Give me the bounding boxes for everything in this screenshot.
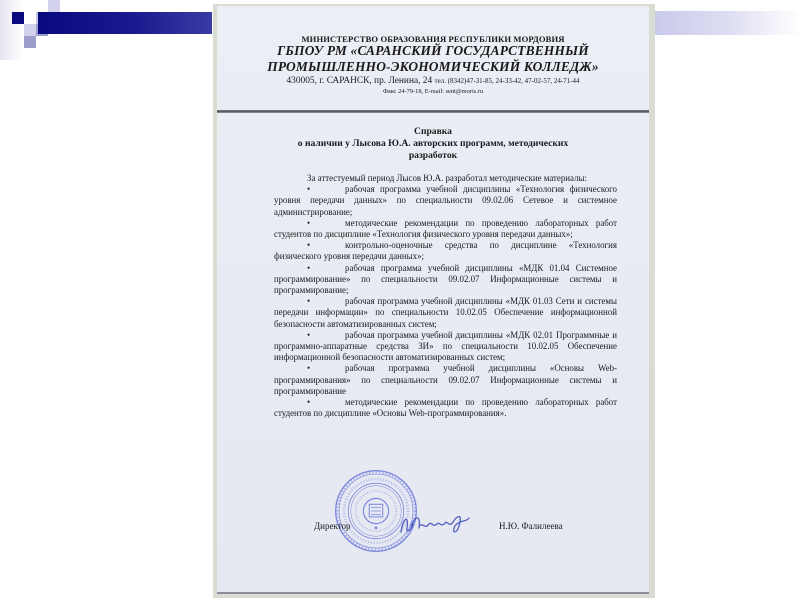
org-name-line2: ПРОМЫШЛЕННО-ЭКОНОМИЧЕСКИЙ КОЛЛЕДЖ» — [217, 59, 649, 75]
list-item: •методические рекомендации по проведению… — [274, 218, 617, 240]
org-name-line1: ГБПОУ РМ «САРАНСКИЙ ГОСУДАРСТВЕННЫЙ — [217, 43, 649, 59]
bullet-icon: • — [307, 263, 345, 274]
list-item: •рабочая программа учебной дисциплины «М… — [274, 263, 617, 297]
phone-numbers: тел. (8342)47-31-85, 24-33-42, 47-02-57,… — [435, 77, 580, 85]
document-title: Справка — [217, 126, 649, 137]
list-item: •рабочая программа учебной дисциплины «Т… — [274, 184, 617, 218]
bullet-icon: • — [307, 218, 345, 229]
decor-square — [48, 0, 60, 12]
decor-bar-right — [652, 11, 800, 35]
intro-paragraph: За аттестуемый период Лысов Ю.А. разрабо… — [274, 173, 617, 184]
bullet-icon: • — [307, 184, 345, 195]
bullet-icon: • — [307, 330, 345, 341]
bullet-icon: • — [307, 363, 345, 374]
decor-square — [24, 24, 36, 36]
decor-square — [12, 12, 24, 24]
address-text: 430005, г. САРАНСК, пр. Ленина, 24 — [286, 76, 432, 86]
document-subtitle-line2: разработок — [217, 150, 649, 161]
document-body: За аттестуемый период Лысов Ю.А. разрабо… — [274, 173, 617, 419]
handwritten-signature-icon — [397, 508, 473, 540]
bullet-icon: • — [307, 397, 345, 408]
list-item: •методические рекомендации по проведению… — [274, 397, 617, 419]
org-address: 430005, г. САРАНСК, пр. Ленина, 24 тел. … — [217, 76, 649, 86]
list-item: •рабочая программа учебной дисциплины «М… — [274, 296, 617, 330]
bullet-icon: • — [307, 296, 345, 307]
header-divider — [217, 110, 649, 113]
bullet-icon: • — [307, 240, 345, 251]
scanned-document: МИНИСТЕРСТВО ОБРАЗОВАНИЯ РЕСПУБЛИКИ МОРД… — [217, 6, 649, 594]
materials-list: •рабочая программа учебной дисциплины «Т… — [274, 184, 617, 419]
decor-bar-left — [38, 12, 212, 34]
list-item: •контрольно-оценочные средства по дисцип… — [274, 240, 617, 262]
signatory-name: Н.Ю. Фалилеева — [499, 521, 563, 531]
document-subtitle-line1: о наличии у Лысова Ю.А. авторских програ… — [217, 138, 649, 149]
list-item: •рабочая программа учебной дисциплины «М… — [274, 330, 617, 364]
decor-square — [0, 0, 24, 60]
signatory-role: Директор — [314, 521, 351, 531]
list-item: •рабочая программа учебной дисциплины «О… — [274, 363, 617, 397]
decor-square — [24, 36, 36, 48]
fax-email: Факс 24-79-18, E-mail: sent@moris.ru — [217, 88, 649, 95]
